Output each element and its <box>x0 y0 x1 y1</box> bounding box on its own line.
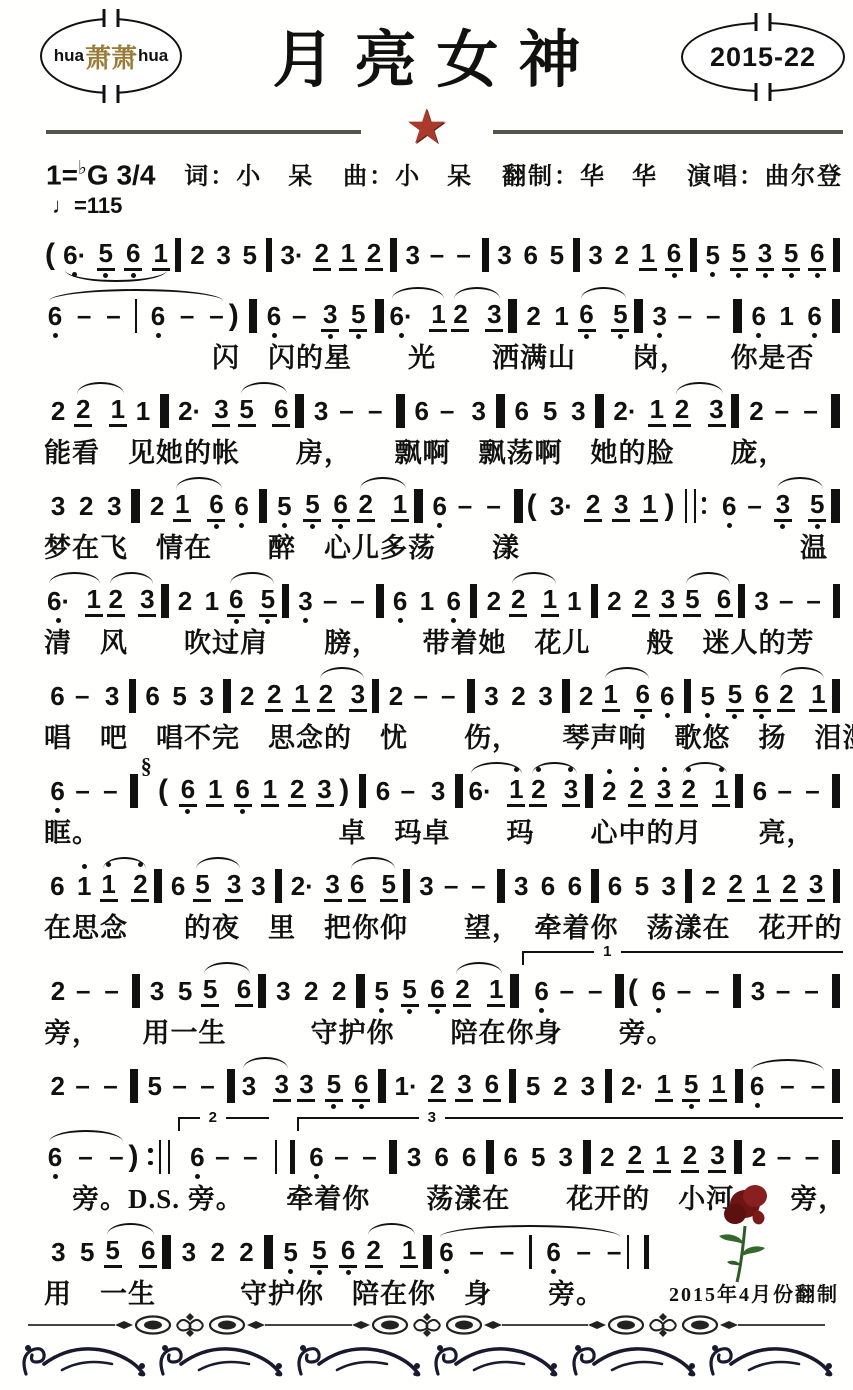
note: 2 <box>678 1131 702 1182</box>
note-digit: 1 <box>400 1235 418 1268</box>
note: 3 <box>774 480 792 531</box>
volta-start-marker <box>178 1133 184 1181</box>
note-digit: 6 <box>139 1235 157 1268</box>
slur-arc-group: 6––6–– <box>435 1228 625 1276</box>
note-digit: 3 <box>312 396 330 426</box>
note: 6 <box>748 767 771 815</box>
slur-arc-group: 6·561 <box>60 229 172 280</box>
note: 6 <box>350 1060 373 1111</box>
note: 2 <box>724 860 747 911</box>
note: 2 <box>236 672 259 720</box>
low-octave-dot <box>755 1101 760 1110</box>
barline <box>154 869 161 903</box>
music-row: 6––)6––6––366653221232––23 <box>44 1131 843 1182</box>
duration-dash: – <box>441 672 461 720</box>
note-digit: 2 <box>313 238 331 271</box>
slur-arc-group: 65 <box>225 575 279 626</box>
barline <box>259 489 268 523</box>
flat-sign: ♭ <box>78 158 87 179</box>
duration-dash: – <box>76 967 96 1015</box>
barline <box>510 974 518 1008</box>
duration-dash: – <box>172 1062 192 1110</box>
note-digit: 5 <box>325 1069 343 1102</box>
note-digit: 1 <box>655 1069 673 1102</box>
music-row: 2––3556322556216––(6––3––1 <box>44 965 843 1016</box>
note-digit: 6 <box>428 974 446 1007</box>
note: 1 <box>290 670 313 721</box>
barline <box>375 299 383 333</box>
duration-dash: – <box>803 387 824 435</box>
low-octave-dot <box>689 1102 694 1111</box>
note: 5 <box>173 967 197 1015</box>
note-digit: 2 <box>552 1071 570 1101</box>
note: 6 <box>578 290 596 341</box>
barline <box>562 679 570 713</box>
note-digit: 6 <box>720 491 738 521</box>
note: 5 <box>808 480 826 531</box>
low-octave-dot <box>732 712 737 721</box>
note-digit: 2 <box>49 976 67 1006</box>
note-digit: 2 <box>577 681 595 711</box>
note: 6 <box>46 1133 64 1181</box>
note: 3 <box>554 1133 578 1181</box>
low-octave-dot <box>727 521 732 530</box>
low-octave-dot <box>763 271 768 280</box>
barline <box>258 974 266 1008</box>
low-octave-dot <box>346 1268 351 1277</box>
low-octave-dot <box>314 1172 319 1181</box>
note: 2 <box>625 765 648 816</box>
note-digit: 3 <box>569 396 587 426</box>
note: 3 <box>657 575 680 626</box>
note-digit: 6 <box>235 974 253 1007</box>
note-digit: 6 <box>545 1237 563 1267</box>
barline <box>264 1235 273 1269</box>
note: 6 <box>46 767 69 815</box>
note: 3 <box>46 1228 71 1276</box>
barline <box>372 679 380 713</box>
note: 6 <box>457 1133 481 1181</box>
slur-arc-group: 23 <box>527 765 582 816</box>
divider-row: ★ <box>0 112 853 156</box>
barline <box>132 974 140 1008</box>
note: 6 <box>510 387 534 435</box>
barline <box>684 679 692 713</box>
low-octave-dot <box>303 616 308 625</box>
tempo-marking: ♩=115 <box>0 193 853 225</box>
note: 1 <box>707 1060 730 1111</box>
note: 3 <box>309 387 333 435</box>
parenthesis: ) <box>664 482 680 530</box>
low-octave-dot <box>710 270 715 279</box>
note: 3 <box>467 387 491 435</box>
note: 5 <box>723 670 746 721</box>
note-digit: 3 <box>225 869 243 902</box>
note-digit: 6 <box>265 301 283 331</box>
note-digit: 1 <box>640 489 658 522</box>
final-barline <box>275 1140 296 1174</box>
note: 5 <box>780 229 802 280</box>
note: 5 <box>143 1062 166 1110</box>
score-system: 22112·3563––6–36532·1232––能看 见她的帐 房， 飘啊 … <box>44 385 843 470</box>
note-digit: 2 <box>188 240 206 270</box>
note-digit: 6 <box>46 301 64 331</box>
note: 6 <box>124 229 142 280</box>
note-digit: 3 <box>485 299 503 332</box>
note-digit: 1 <box>507 774 525 807</box>
barline <box>591 584 598 618</box>
score-system: 611265332·3653––36665322123在思念 的夜 里 把你仰 … <box>44 860 843 945</box>
low-octave-dot <box>214 522 219 531</box>
note: 2 <box>453 965 471 1016</box>
barline <box>509 1069 517 1103</box>
note-digit: 1 <box>261 774 279 807</box>
slur-arc-group: 23 <box>105 575 159 626</box>
lyric-line: 梦在飞 情在 醉 心儿多荡 漾 温 柔的 <box>44 531 843 565</box>
note-digit: 5 <box>726 679 744 712</box>
note-digit: 3 <box>659 584 677 617</box>
barline <box>423 1235 432 1269</box>
note-digit: 5 <box>310 1235 328 1268</box>
barline <box>832 774 840 808</box>
barline <box>685 869 692 903</box>
note-digit: 3 <box>756 238 774 271</box>
note: 6 <box>437 1228 455 1276</box>
note-digit: 6 <box>658 681 676 711</box>
music-row: 2––5––333561·2365232·1516–– <box>44 1060 843 1111</box>
volta-bracket: 1 <box>522 951 843 965</box>
note: 3 <box>247 862 270 910</box>
note-digit: 6 <box>665 238 683 271</box>
low-octave-dot <box>672 271 677 280</box>
note: 2 <box>623 1131 647 1182</box>
note-digit: 1 <box>809 679 827 712</box>
duration-dash: – <box>458 482 479 530</box>
low-octave-dot <box>435 1007 440 1016</box>
lyric-line: 唱 吧 唱不完 思念的 忧 伤， 琴声响 歌悠 扬 泪湿了眼 <box>44 721 843 755</box>
duration-dash: – <box>440 387 461 435</box>
note-digit: 2· <box>620 1071 645 1101</box>
note: 3 <box>313 765 336 816</box>
note: 5 <box>259 575 277 626</box>
slur-arc-group: 6–– <box>44 1133 128 1181</box>
duration-dash: – <box>456 231 475 279</box>
high-octave-dot <box>634 765 639 774</box>
key-signature: 1=♭G 3/4 <box>46 157 155 191</box>
notation-line: 22112·3563––6–36532·1232–– <box>44 385 843 436</box>
note: 6 <box>149 292 167 340</box>
low-octave-dot <box>240 807 245 816</box>
note-digit: 2 <box>700 871 718 901</box>
barline <box>266 238 273 272</box>
duration-dash: – <box>103 1062 123 1110</box>
note-digit: 6 <box>46 1142 64 1172</box>
slur-arc-group: 16 <box>171 480 227 531</box>
note: 6 <box>167 862 190 910</box>
note: 2 <box>522 292 546 340</box>
note: 2· <box>609 387 640 435</box>
barline <box>356 974 364 1008</box>
note: 6 <box>715 575 733 626</box>
catalog-number-badge: 2015-22 <box>681 22 845 92</box>
note-digit: 2 <box>131 869 149 902</box>
note-digit: 1 <box>75 871 93 901</box>
note-digit: 3 <box>215 240 233 270</box>
note-digit: 1 <box>418 586 436 616</box>
note-digit: 1 <box>152 238 170 271</box>
low-octave-dot <box>56 616 61 625</box>
note-digit: 6 <box>748 1071 766 1101</box>
note: 3 <box>750 577 773 625</box>
note: 2 <box>777 670 795 721</box>
note: 6 <box>480 1060 503 1111</box>
note: 6 <box>262 292 286 340</box>
barline <box>359 774 367 808</box>
music-row: 6––6––)6–356·12321653––616 <box>44 290 843 341</box>
notation-line: 6––)6––6––366653221232–– <box>44 1131 843 1182</box>
note: 6· <box>468 767 493 815</box>
note: 6 <box>545 1228 563 1276</box>
note: 1 <box>712 765 730 816</box>
note-digit: 6 <box>188 1142 206 1172</box>
note-digit: 1 <box>541 584 559 617</box>
note: 1 <box>507 765 525 816</box>
note: 2 <box>509 575 527 626</box>
note-digit: 6 <box>234 774 252 807</box>
note: 6 <box>428 482 452 530</box>
footer: 2015年4月份翻制 <box>0 1310 853 1384</box>
duration-dash: – <box>776 967 796 1015</box>
low-octave-dot <box>55 806 60 815</box>
note: 5 <box>380 860 398 911</box>
low-octave-dot <box>656 1006 661 1015</box>
note: 6 <box>141 672 164 720</box>
duration-dash: – <box>804 967 824 1015</box>
note: 3 <box>746 967 770 1015</box>
note: 3 <box>213 231 235 279</box>
slur-arc-group: 6––6–– <box>44 292 228 340</box>
note-digit: 5 <box>259 584 277 617</box>
barline <box>738 584 745 618</box>
barline <box>227 1069 235 1103</box>
note: 3· <box>546 482 577 530</box>
note: 5 <box>398 965 422 1016</box>
note-digit: 3 <box>212 394 230 427</box>
note-digit: 1 <box>778 301 796 331</box>
low-octave-dot <box>756 331 761 340</box>
note-digit: 1 <box>653 1140 671 1173</box>
note-digit: 5 <box>241 240 259 270</box>
notation-line: 3556322556216––6–– <box>44 1226 651 1277</box>
duration-dash: – <box>560 967 580 1015</box>
note: 6 <box>229 482 253 530</box>
note-digit: 1 <box>391 489 409 522</box>
note: 3 <box>754 229 776 280</box>
low-octave-dot <box>812 331 817 340</box>
note-digit: 2 <box>626 1140 644 1173</box>
volta-number: 3 <box>419 1109 445 1126</box>
low-octave-dot <box>331 1102 336 1111</box>
low-octave-dot <box>317 1268 322 1277</box>
note: 6 <box>305 1133 329 1181</box>
note: 5 <box>611 290 629 341</box>
note: 6 <box>647 967 671 1015</box>
parenthesis: ) <box>229 292 245 340</box>
note: 2 <box>598 767 621 815</box>
note: 1 <box>602 670 620 721</box>
note-digit: 1 <box>648 394 666 427</box>
note-digit: 1 <box>565 586 583 616</box>
note: 6 <box>46 862 69 910</box>
score-system: 6––§(616123)6–36·123223216––眶。 卓 玛卓 玛 心中… <box>44 765 843 850</box>
note: 1 <box>637 229 659 280</box>
note: 2 <box>311 229 333 280</box>
note-digit: 3 <box>274 976 292 1006</box>
slur-arc-group: 56 <box>102 1226 160 1277</box>
barline <box>135 299 138 333</box>
barline <box>486 1140 494 1174</box>
duration-dash: – <box>75 767 95 815</box>
note: 5 <box>168 672 191 720</box>
note-digit: 1 <box>85 584 103 617</box>
note: 2 <box>451 290 469 341</box>
note-digit: 3 <box>324 869 342 902</box>
note: 5 <box>546 231 568 279</box>
note-digit: 6· <box>389 301 414 331</box>
duration-dash: – <box>75 672 95 720</box>
duration-dash: – <box>401 767 421 815</box>
note: 6 <box>371 767 394 815</box>
note: 6 <box>803 292 827 340</box>
note: 2 <box>507 672 530 720</box>
note: 6 <box>231 765 254 816</box>
ornament-line <box>28 1324 115 1326</box>
duration-dash: – <box>780 1062 794 1110</box>
note: 1 <box>100 860 118 911</box>
note-digit: 6 <box>483 1069 501 1102</box>
low-octave-dot <box>379 1006 384 1015</box>
note-digit: 5 <box>548 240 566 270</box>
note: 2 <box>46 967 70 1015</box>
note-digit: 5 <box>683 584 701 617</box>
note: 6 <box>634 670 652 721</box>
duration-dash: – <box>806 577 825 625</box>
note: 6 <box>604 862 627 910</box>
note: 2 <box>611 231 633 279</box>
duration-dash: – <box>362 1133 382 1181</box>
music-row: 6·12321653––6162211223563–– <box>44 575 843 626</box>
note-digit: 2 <box>387 681 405 711</box>
slur-arc-group: 65 <box>346 860 400 911</box>
note: 2· <box>617 1062 648 1110</box>
note: 2 <box>205 1228 230 1276</box>
score-system: 2––5––333561·2365232·1516–– <box>44 1060 843 1111</box>
note: 3 <box>585 231 607 279</box>
note: 6 <box>227 575 245 626</box>
note-digit: 3 <box>612 489 630 522</box>
note-digit: 5 <box>401 974 419 1007</box>
note: 1 <box>550 292 574 340</box>
note-digit: 6 <box>433 1142 451 1172</box>
note: 5 <box>521 1062 544 1110</box>
note-digit: 3 <box>105 491 123 521</box>
note-digit: 6 <box>715 584 733 617</box>
note: 3 <box>485 290 503 341</box>
notation-line: 2––3556322556216––(6––3–– <box>44 965 843 1016</box>
slur-arc-group: 6–– <box>746 1062 829 1110</box>
note: 3 <box>294 577 317 625</box>
note-digit: 6 <box>169 871 187 901</box>
low-octave-dot <box>103 271 108 280</box>
barline <box>591 869 598 903</box>
low-octave-dot <box>665 711 670 720</box>
note: 1 <box>416 577 439 625</box>
note-digit: 2 <box>77 491 95 521</box>
duration-dash: – <box>775 387 796 435</box>
barline <box>403 869 410 903</box>
note-digit: 6 <box>445 586 463 616</box>
note-digit: 1 <box>753 869 771 902</box>
low-octave-dot <box>265 617 270 626</box>
note: 3 <box>510 862 533 910</box>
barline <box>833 584 840 618</box>
note-digit: 5 <box>275 491 293 521</box>
note: 6 <box>430 1133 454 1181</box>
note: 1 <box>173 480 191 531</box>
music-row: 6––§(616123)6–36·123223216–– <box>44 765 843 816</box>
note-digit: 1· <box>394 1071 419 1101</box>
note: 2 <box>145 482 169 530</box>
note-digit: 6 <box>308 1142 326 1172</box>
duration-dash: – <box>471 862 490 910</box>
duration-dash: – <box>368 387 389 435</box>
low-octave-dot <box>53 1172 58 1181</box>
ornament-line <box>502 1324 589 1326</box>
low-octave-dot <box>156 331 161 340</box>
parenthesis: ) <box>339 767 354 815</box>
note: 1 <box>152 229 170 280</box>
barline <box>223 679 231 713</box>
notation-line: 6––6––)6–356·12321653––616 <box>44 290 843 341</box>
note-digit: 6 <box>391 586 409 616</box>
note-digit: 6· <box>46 586 71 616</box>
note-digit: 6 <box>753 679 771 712</box>
note-digit: 6 <box>566 871 584 901</box>
note: 1 <box>400 1226 418 1277</box>
note: 5 <box>307 1226 332 1277</box>
score-system: 3232166556216––(3·231)6–35梦在飞 情在 醉 心儿多荡 … <box>44 480 843 565</box>
note: 3 <box>240 1062 258 1110</box>
note-digit: 2 <box>628 774 646 807</box>
note-digit: 1 <box>639 238 657 271</box>
note-digit: 3 <box>49 1237 67 1267</box>
duration-dash: – <box>705 967 725 1015</box>
slur-arc-group: 65 <box>576 290 632 341</box>
note: 3 <box>101 672 124 720</box>
note: 2 <box>630 575 653 626</box>
low-octave-dot <box>789 271 794 280</box>
note-digit: 3 <box>470 396 488 426</box>
note: 2 <box>778 860 801 911</box>
barline <box>832 1069 840 1103</box>
barline <box>615 974 623 1008</box>
low-octave-dot <box>584 332 589 341</box>
low-octave-dot <box>815 522 820 531</box>
note: 1 <box>809 670 827 721</box>
low-octave-dot <box>657 331 662 340</box>
note: 3 <box>453 1060 476 1111</box>
volta-bracket: 3 <box>297 1117 843 1131</box>
